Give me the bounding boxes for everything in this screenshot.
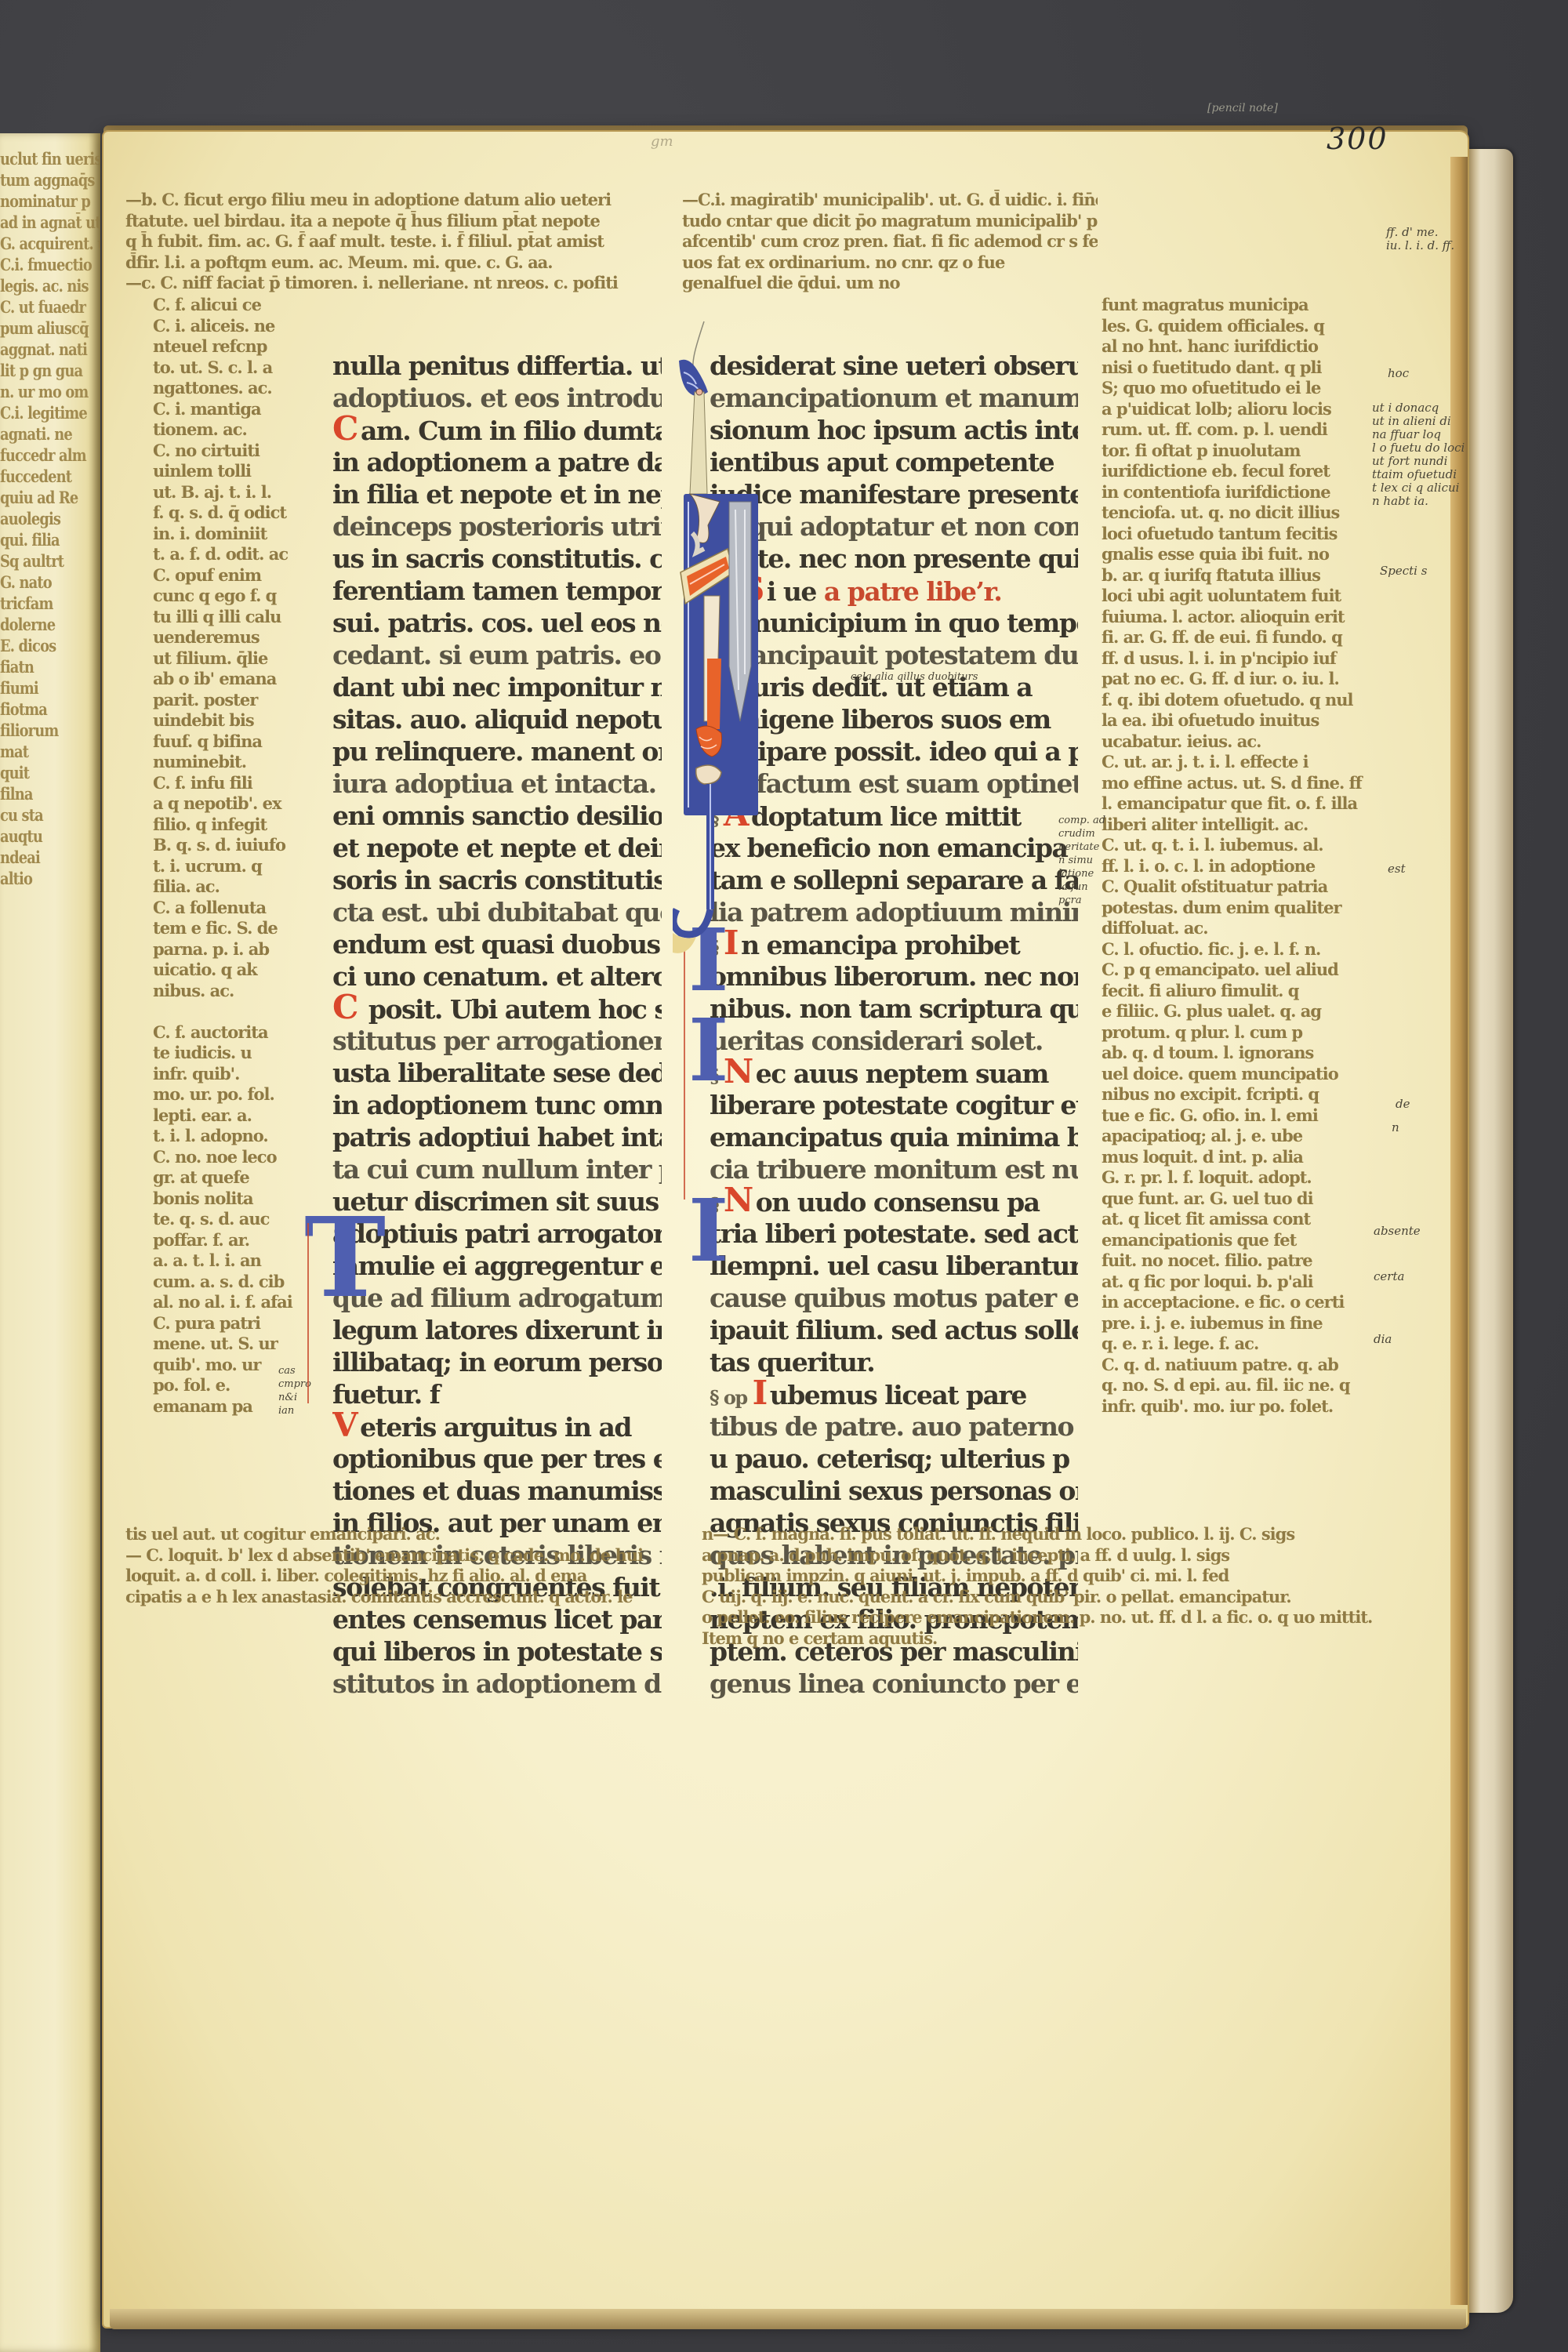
left-facing-page: uclut fin ueristum aggnaq̄snominatur pad… — [0, 133, 100, 2352]
gloss-line: C. ut. q. t. i. l. iubemus. al. — [1102, 835, 1364, 856]
gloss-line: nibus no excipit. fcripti. q — [1102, 1084, 1364, 1105]
top-gloss-left: —b. C. ficut ergo filiu meu in adoptione… — [125, 190, 659, 294]
margin-note: crudim — [1058, 827, 1095, 840]
gloss-text: C. f. auctorita — [153, 1022, 268, 1042]
gloss-text: ngattones. ac. — [153, 378, 272, 397]
gloss-line: poffar. f. ar. — [153, 1230, 321, 1251]
gloss-line: nisi o fuetitudo dant. q pli — [1102, 358, 1364, 379]
left-page-line: fiumi — [0, 678, 38, 698]
blue-initial-t: T — [304, 1203, 386, 1313]
gloss-line: uos fat ex ordinarium. no cnr. qz o fue — [682, 252, 1098, 274]
gloss-text: po. fol. e. — [153, 1375, 230, 1395]
gloss-text: C. a follenuta — [153, 898, 266, 917]
left-page-line: ad in agnat̄ ut — [0, 212, 100, 232]
gloss-line: d.C. i. aliceis. ne — [153, 316, 321, 337]
gloss-line: iurifdictione eb. fecul foret — [1102, 461, 1364, 482]
gloss-line: gr. at quefe — [153, 1167, 321, 1189]
left-page-line: C.i. legitime — [0, 403, 87, 423]
main-text-line: entes censemus licet parenti — [332, 1603, 662, 1635]
left-page-line: uclut fin ueris — [0, 149, 100, 169]
margin-note: absente — [1374, 1225, 1421, 1238]
gloss-line: protum. q plur. l. cum p — [1102, 1022, 1364, 1044]
gloss-text: fuuf. q bifina — [153, 731, 262, 751]
margin-note: ueritate — [1058, 840, 1099, 854]
main-text-line: C posit. Ubi autem hoc sui iuris co — [332, 993, 662, 1025]
gloss-line: uicatio. q ak — [153, 960, 321, 981]
main-text-line: iudice manifestare presente — [710, 478, 1078, 510]
gloss-text: parna. p. i. ab — [153, 939, 269, 959]
main-text-line: § op Iubemus liceat pare — [710, 1378, 1078, 1410]
gloss-line: cipatis a e h lex anastasia. comitantis … — [125, 1587, 674, 1608]
gloss-line: S; quo mo ofuetitudo ei le — [1102, 378, 1364, 399]
main-text-line: sui. patris. cos. uel eos no ante — [332, 607, 662, 639]
gloss-line: a q nepotib'. ex — [153, 793, 321, 815]
folio-number: 300 — [1327, 122, 1388, 156]
gloss-line: al no hnt. hanc iurifdictio — [1102, 336, 1364, 358]
margin-note: certa — [1374, 1270, 1404, 1283]
gloss-line: numinebit. — [153, 752, 321, 773]
gloss-text: uindebit bis — [153, 710, 254, 730]
gloss-line: e filiic. G. plus ualet. q. ag — [1102, 1001, 1364, 1022]
gloss-line: tem e fic. S. de — [153, 918, 321, 939]
gloss-text: nteuel refcnp — [153, 336, 267, 356]
gloss-line: C uij. q. iij. e. nuc. quent. a cr. fix … — [702, 1587, 1384, 1608]
left-page-line: quiu ad Re — [0, 488, 78, 507]
gloss-line: at. q fic por loqui. b. p'ali — [1102, 1272, 1364, 1293]
gloss-line: afcentib' cum croz pren. fiat. fi fic ad… — [682, 231, 1098, 252]
gloss-line: fuit. no nocet. filio. patre — [1102, 1250, 1364, 1272]
gloss-line: l. emancipatur que fit. o. f. illa — [1102, 793, 1364, 815]
margin-note: ian — [278, 1404, 294, 1417]
gloss-text: ut. B. aj. t. i. l. — [153, 482, 271, 502]
gloss-line: n— C. f. magna. fi. pus toliat. ut. ff. … — [702, 1524, 1384, 1545]
top-pencil-mark: gm — [651, 133, 673, 150]
gloss-line: quib'. mo. ur — [153, 1355, 321, 1376]
gloss-text: uicatio. q ak — [153, 960, 257, 979]
gloss-line: t. a. f. d. odit. ac — [153, 544, 321, 565]
main-text-line: genus linea coniuncto per emancipationem — [710, 1668, 1078, 1700]
red-initial: I — [753, 1378, 767, 1408]
margin-note: ut in alieni di — [1372, 415, 1451, 428]
gloss-line: ucabatur. ieius. ac. — [1102, 731, 1364, 753]
left-page-line: lit p gn gua — [0, 361, 82, 380]
left-page-line: mat — [0, 742, 28, 761]
left-page-line: tricfam — [0, 593, 53, 613]
gloss-line: G. r. pr. l. f. loquit. adopt. — [1102, 1167, 1364, 1189]
gloss-line: parna. p. i. ab — [153, 939, 321, 960]
left-page-line: auolegis — [0, 509, 60, 528]
main-text-line: § Non uudo consensu pa — [710, 1185, 1078, 1218]
main-text-line: adoptiuos. et eos introducen — [332, 382, 662, 414]
gloss-line — [153, 1001, 321, 1022]
gloss-line: to. ut. S. c. l. a — [153, 358, 321, 379]
gloss-text: uenderemus — [153, 627, 260, 647]
gloss-line: funt magratus municipa — [1102, 295, 1364, 316]
gloss-text: mene. ut. S. ur — [153, 1334, 278, 1353]
gloss-line: filio. q infegit — [153, 815, 321, 836]
gloss-line: ftatute. uel birdau. ita a nepote q̄ h̄u… — [125, 211, 659, 232]
gloss-line: ngattones. ac. — [153, 378, 321, 399]
gloss-text: C. f. infu fili — [153, 773, 252, 793]
left-page-line: aggnat. nati — [0, 339, 87, 359]
gloss-line: nibus. ac. — [153, 981, 321, 1002]
main-text-line: omnibus liberorum. nec non donatio — [710, 960, 1078, 993]
main-text-line: eo qui adoptatur et non contradi — [710, 510, 1078, 543]
margin-note: comp. ad — [1058, 814, 1105, 827]
gloss-line: rum. ut. ff. com. p. l. uendi — [1102, 419, 1364, 441]
blue-initial-i-2: I — [688, 1007, 728, 1094]
main-text-line: illibataq; in eorum persona ob — [332, 1346, 662, 1378]
gloss-text: lepti. ear. a. — [153, 1105, 252, 1125]
margin-note: ut fort nundi — [1372, 455, 1447, 468]
left-page-line: pum aliuscq̄ — [0, 318, 89, 338]
gloss-line: in. i. dominiit — [153, 524, 321, 545]
margin-note: ut i donacq — [1372, 401, 1439, 415]
gloss-line: in acceptacione. e fic. o certi — [1102, 1292, 1364, 1313]
gloss-line: les. G. quidem officiales. q — [1102, 316, 1364, 337]
main-text-line: cia tribuere monitum est nu. — [710, 1153, 1078, 1185]
main-text-line: tiones et duas manumissiones — [332, 1475, 662, 1507]
gloss-line: a pnap. a. d pub. impu. of. quot. q. i. … — [702, 1545, 1384, 1566]
gloss-line: tue e fic. G. ofio. in. l. emi — [1102, 1105, 1364, 1127]
gloss-text: C. no. noe leco — [153, 1147, 277, 1167]
gloss-text: t. i. ucrum. q — [153, 856, 262, 876]
main-text-line: § p̄ Si ue a patre libe’r. — [710, 575, 1078, 607]
gloss-line: o pellet. eo. filius recipere emancipati… — [702, 1607, 1384, 1628]
left-page-line: E. dicos — [0, 636, 56, 655]
margin-note: ttaim ofuetudi — [1372, 468, 1457, 481]
gloss-text: infr. quib'. — [153, 1064, 239, 1083]
main-text-line: lienigene liberos suos em — [710, 703, 1078, 735]
gloss-text: tionem. ac. — [153, 419, 247, 439]
gloss-text: tem e fic. S. de — [153, 918, 278, 938]
margin-note: cmpro — [278, 1377, 311, 1391]
gloss-line: loci ofuetudo tantum fecitis — [1102, 524, 1364, 545]
gloss-line: C. f. auctorita — [153, 1022, 321, 1044]
main-text-line: ancipare possit. ideo qui a pa — [710, 735, 1078, 768]
main-text-line: tibus de patre. auo paterno se — [710, 1410, 1078, 1443]
gloss-line: lepti. ear. a. — [153, 1105, 321, 1127]
left-page-line: filiorum — [0, 720, 58, 740]
gloss-text: emanam pa — [153, 1396, 252, 1416]
gloss-line: uenderemus — [153, 627, 321, 648]
margin-note: cela alia qillus duobiturs — [851, 670, 978, 684]
gloss-line: infr. quib'. — [153, 1064, 321, 1085]
left-page-line: dolerne — [0, 615, 55, 634]
bottom-gloss-right: n— C. f. magna. fi. pus toliat. ut. ff. … — [702, 1524, 1384, 1649]
main-text-line: desiderat sine ueteri obseruatio — [710, 350, 1078, 382]
gloss-text: cunc q ego f. q — [153, 586, 276, 605]
main-text-line: Veteris arguitus in ad — [332, 1410, 662, 1443]
gloss-line: ut. B. aj. t. i. l. — [153, 482, 321, 503]
main-text: on uudo consensu pa — [756, 1187, 1040, 1218]
margin-note: ia fun — [1058, 880, 1088, 894]
gloss-text: quib'. mo. ur — [153, 1355, 260, 1374]
left-page-line: fuccedent — [0, 466, 71, 486]
main-text-line: us in sacris constitutis. certe dif — [332, 543, 662, 575]
margin-note: n&i — [278, 1391, 297, 1404]
red-initial: C — [332, 414, 358, 444]
left-page-line: n. ur mo om — [0, 382, 88, 401]
gloss-text: C. opuf enim — [153, 565, 261, 585]
gloss-line: C. p q emancipato. uel aliud — [1102, 960, 1364, 981]
gloss-line: C. Qualit ofstituatur patria — [1102, 877, 1364, 898]
main-text-line: emancipationum et manumis — [710, 382, 1078, 414]
main-text-line: ci uno cenatum. et altero ex leg — [332, 960, 662, 993]
margin-note: ff. d' me. — [1386, 226, 1439, 239]
main-text-line: liberare potestate cogitur et ne — [710, 1089, 1078, 1121]
left-page-line: cu sta — [0, 805, 43, 825]
gloss-line: q. no. S. d epi. au. fil. iic ne. q — [1102, 1375, 1364, 1396]
main-text-line: in adoptionem a patre dato. sed — [332, 446, 662, 478]
main-text-line: cause quibus motus pater emanc — [710, 1282, 1078, 1314]
gloss-text: bonis nolita — [153, 1189, 253, 1208]
gloss-line: f.C. no cirtuiti — [153, 441, 321, 462]
gloss-line: ff. l. i. o. c. l. in adoptione — [1102, 856, 1364, 877]
main-text-line: stitutos in adoptionem dare — [332, 1668, 662, 1700]
gloss-line: mo. ur. po. fol. — [153, 1084, 321, 1105]
pencil-shelfmark: [pencil note] — [1207, 102, 1278, 114]
main-text: eteris arguitus in ad — [360, 1412, 631, 1443]
gloss-line: potestas. dum enim qualiter — [1102, 898, 1364, 919]
gloss-line: te. q. s. d. auc — [153, 1209, 321, 1230]
gloss-line: k.C. no. noe leco — [153, 1147, 321, 1168]
gloss-text: filia. ac. — [153, 877, 220, 896]
gloss-text: gr. at quefe — [153, 1167, 249, 1187]
gloss-line: b.C. f. infu fili — [153, 773, 321, 794]
gloss-text: nibus. ac. — [153, 981, 234, 1000]
main-text: ubemus liceat pare — [770, 1380, 1026, 1410]
right-gloss-column: funt magratus municipales. G. quidem off… — [1102, 295, 1364, 1417]
gloss-line: fuuf. q bifina — [153, 731, 321, 753]
left-page-line: filna — [0, 784, 33, 804]
main-text-line: § Nec auus neptem suam — [710, 1057, 1078, 1089]
historiated-initial-i — [673, 314, 759, 988]
margin-note: de — [1396, 1098, 1410, 1111]
gloss-text: t. a. f. d. odit. ac — [153, 544, 288, 564]
gloss-text: cum. a. s. d. cib — [153, 1272, 284, 1291]
gloss-line: a p'uidicat lolb; alioru locis — [1102, 399, 1364, 420]
gloss-line: nteuel refcnp — [153, 336, 321, 358]
gloss-line: gnalis esse quia ibi fuit. no — [1102, 544, 1364, 565]
main-text: i ue — [767, 576, 816, 607]
gloss-line: q h̄ fubit. fim. ac. G. f̄ aaf mult. tes… — [125, 231, 659, 252]
gloss-line: —C.i. magiratib' municipalib'. ut. G. d̄… — [682, 190, 1098, 211]
gloss-text: filio. q infegit — [153, 815, 267, 834]
left-page-line: qui. filia — [0, 530, 60, 550]
main-text-line: deinceps posterioris utriusq; fex — [332, 510, 662, 543]
red-penwork-line — [307, 1223, 309, 1403]
gloss-text: ut filium. q̄lie — [153, 648, 267, 668]
main-text-line: emancipatus quia minima benefi — [710, 1121, 1078, 1153]
red-initial: C — [332, 993, 358, 1022]
main-text-line: tria liberi potestate. sed actu so — [710, 1218, 1078, 1250]
left-page-line: ndeai — [0, 848, 40, 867]
left-page-line: fiatn — [0, 657, 34, 677]
left-page-line: C.i. fmuectio — [0, 255, 92, 274]
main-text: ec auus neptem suam — [756, 1058, 1048, 1089]
main-text-line: llempni. uel casu liberantur. Nec — [710, 1250, 1078, 1282]
gloss-line: publicam impzin. q aiuni. ut. j. impub. … — [702, 1566, 1384, 1587]
left-page-line: G. acquirent. ur — [0, 234, 100, 253]
gloss-line: cunc q ego f. q — [153, 586, 321, 607]
gloss-text: C. pura patri — [153, 1313, 260, 1333]
gloss-text: te iudicis. u — [153, 1043, 252, 1062]
main-text-line: patris adoptiui habet intac — [332, 1121, 662, 1153]
left-gloss-column: a.C. f. alicui ced.C. i. aliceis. nenteu… — [153, 295, 321, 1417]
main-text-line: ientibus aput competente — [710, 446, 1078, 478]
main-text-line: in filia et nepote et in nepte. et — [332, 478, 662, 510]
gloss-line: B. q. s. d. iuiufo — [153, 835, 321, 856]
gloss-line: la ea. ibi ofuetudo inuitus — [1102, 710, 1364, 731]
gloss-line: tu illi q illi calu — [153, 607, 321, 628]
left-page-line: quit — [0, 763, 29, 782]
gloss-line: filia. ac. — [153, 877, 321, 898]
red-initial: V — [332, 1410, 357, 1440]
gloss-text: parit. poster — [153, 690, 257, 710]
top-gloss-right: —C.i. magiratib' municipalib'. ut. G. d̄… — [682, 190, 1098, 294]
gloss-line: parit. poster — [153, 690, 321, 711]
gloss-line: ff. d usus. l. i. in p'ncipio iuf — [1102, 648, 1364, 670]
main-text-line: nibus. non tam scriptura quia — [710, 993, 1078, 1025]
main-text-line: cta est. ubi dubitabat quod statu — [332, 896, 662, 928]
gloss-text: mo. ur. po. fol. — [153, 1084, 274, 1104]
main-text-column-a: nulla penitus differtia. ut aliosadoptiu… — [332, 350, 662, 1700]
main-text-line: emancipauit potestatem du — [710, 639, 1078, 671]
gloss-line: tis uel aut. ut cogitur emancipari. ac. — [125, 1524, 674, 1545]
gloss-line: al. no al. i. f. afai — [153, 1292, 321, 1313]
main-text-line: qui liberos in potestate sua co — [332, 1635, 662, 1668]
gloss-line: t. i. ucrum. q — [153, 856, 321, 877]
gloss-text: a. a. t. l. i. an — [153, 1250, 261, 1270]
main-text-line: in adoptionem tunc omnia iura — [332, 1089, 662, 1121]
main-text-line: dant ubi nec imponitur nece — [332, 671, 662, 703]
gloss-line: infr. quib'. mo. iur po. folet. — [1102, 1396, 1364, 1417]
page-bottom-edge — [110, 2309, 1466, 2329]
gloss-line: q. e. r. i. lege. f. ac. — [1102, 1334, 1364, 1355]
margin-note: hoc — [1388, 367, 1409, 380]
main-text: posit. Ubi autem hoc sui iuris co — [361, 994, 662, 1025]
gloss-text: te. q. s. d. auc — [153, 1209, 269, 1229]
main-text: prohibet — [897, 930, 1019, 960]
main-text-line: et nepote et nepte et deinceps p — [332, 832, 662, 864]
gloss-text: C. f. alicui ce — [153, 295, 261, 314]
left-page-line: auqtu — [0, 826, 42, 846]
margin-note: latione — [1058, 867, 1094, 880]
main-text: doptatum lice — [751, 801, 937, 832]
margin-note: n — [1392, 1121, 1399, 1134]
gloss-line: liberi aliter intelligit. ac. — [1102, 815, 1364, 836]
gloss-text: f. q. s. d. q̄ odict — [153, 503, 286, 522]
fore-edge-leaves — [1466, 149, 1513, 2313]
gloss-line: loci ubi agit uoluntatem fuit — [1102, 586, 1364, 607]
gloss-text: numinebit. — [153, 752, 246, 771]
main-text-line: endum est quasi duobus patribus — [332, 928, 662, 960]
gloss-text: C. i. aliceis. ne — [153, 316, 274, 336]
margin-note: dia — [1374, 1333, 1392, 1346]
gloss-line: tenciofa. ut. q. no dicit illius — [1102, 503, 1364, 524]
main-text-line: optionibus que per tres emancipa — [332, 1443, 662, 1475]
gloss-line: — C. loquit. b' lex d absentib' emancipa… — [125, 1545, 674, 1566]
gloss-line: fi. ar. G. ff. de eui. fi fundo. q — [1102, 627, 1364, 648]
margin-note: na ffuar loq — [1372, 428, 1441, 441]
gloss-line: mene. ut. S. ur — [153, 1334, 321, 1355]
margin-note: pcra — [1058, 894, 1082, 907]
main-text-line: cente. nec non presente qui adoptat. De … — [710, 543, 1078, 575]
main-text: am. Cum in filio dumtaxat — [361, 416, 662, 446]
gloss-line: apacipatioq; al. j. e. ube — [1102, 1126, 1364, 1147]
gloss-line: d̄fir. l.i. a poftqm eum. ac. Meum. mi. … — [125, 252, 659, 274]
main-text: n emancipa — [741, 930, 897, 960]
margin-note: iu. l. i. d. ff. — [1386, 239, 1454, 252]
main-text-line: u pauo. ceterisq; ulterius p — [710, 1443, 1078, 1475]
main-text-line: Cam. Cum in filio dumtaxat — [332, 414, 662, 446]
gloss-line: e.C. i. mantiga — [153, 399, 321, 420]
margin-note: cas — [278, 1364, 296, 1377]
main-text-line: § In emancipa prohibet — [710, 928, 1078, 960]
left-page-line: fuccedr alm — [0, 445, 86, 465]
gloss-text: uinlem tolli — [153, 461, 251, 481]
paragraph-mark: § op — [710, 1386, 753, 1409]
main-text-line: masculini sexus personas omni — [710, 1475, 1078, 1507]
margin-note: Specti s — [1380, 564, 1427, 578]
main-text-line: in municipium in quo tempore pt — [710, 607, 1078, 639]
left-page-line: Sq aultrt — [0, 551, 64, 571]
gloss-line: cum. a. s. d. cib — [153, 1272, 321, 1293]
gloss-text: a q nepotib'. ex — [153, 793, 281, 813]
left-page-line: fiotma — [0, 699, 47, 719]
left-page-line: G. nato — [0, 572, 52, 592]
main-text-line: ferentiam tamen temporis mortis. ant — [332, 575, 662, 607]
gloss-line: mus loquit. d int. p. alia — [1102, 1147, 1364, 1168]
gloss-line: C. q. d. natiuum patre. q. ab — [1102, 1355, 1364, 1376]
left-page-line: agnati. ne — [0, 424, 72, 444]
gloss-text: C. i. mantiga — [153, 399, 261, 419]
main-text-line: ipauit filium. sed actus sollepni — [710, 1314, 1078, 1346]
main-text-line: iura adoptiua et intacta. hec — [332, 768, 662, 800]
gloss-line: tudo cntar que dicit p̄o magratum munici… — [682, 211, 1098, 232]
main-text-line: cedant. si eum patris. eos. anteca — [332, 639, 662, 671]
gloss-text: ab o ib' emana — [153, 669, 276, 688]
main-text-line: ueritas considerari solet. — [710, 1025, 1078, 1057]
gloss-line: diffoluat. ac. — [1102, 918, 1364, 939]
main-text-line: eni omnis sanctio desilio et filia — [332, 800, 662, 832]
main-text-line: tre factum est suam optinet fir — [710, 768, 1078, 800]
gloss-line: ab o ib' emana — [153, 669, 321, 690]
gloss-text: to. ut. S. c. l. a — [153, 358, 272, 377]
gloss-line: mo effine actus. ut. S. d fine. ff — [1102, 773, 1364, 794]
margin-note: n habt ia. — [1372, 495, 1428, 508]
main-text-line: tas queritur. — [710, 1346, 1078, 1378]
gloss-line: l.C. pura patri — [153, 1313, 321, 1334]
main-text-line: sionum hoc ipsum actis interuen — [710, 414, 1078, 446]
gloss-text: tu illi q illi calu — [153, 607, 281, 626]
gloss-line: Item q no e certam aquutis. — [702, 1628, 1384, 1650]
gloss-line: g.C. opuf enim — [153, 565, 321, 586]
gloss-line: C. l. ofuctio. fic. j. e. l. f. n. — [1102, 939, 1364, 960]
main-text-line: soris in sacris constitutis introdu — [332, 864, 662, 896]
gloss-line: f. q. s. d. q̄ odict — [153, 503, 321, 524]
gloss-line: bonis nolita — [153, 1189, 321, 1210]
rubric-heading: a patre libe’r. — [816, 576, 1001, 607]
gloss-line: emancipationis que fet — [1102, 1230, 1364, 1251]
main-text-line: sitas. auo. aliquid nepotum. ne — [332, 703, 662, 735]
gloss-line: b. ar. q iurifq ftatuta illius — [1102, 565, 1364, 586]
main-text-line: § Adoptatum lice mittit — [710, 800, 1078, 832]
main-text-line: ex beneficio non emancipa — [710, 832, 1078, 864]
gloss-text: t. i. l. adopno. — [153, 1126, 268, 1145]
gloss-text: poffar. f. ar. — [153, 1230, 249, 1250]
